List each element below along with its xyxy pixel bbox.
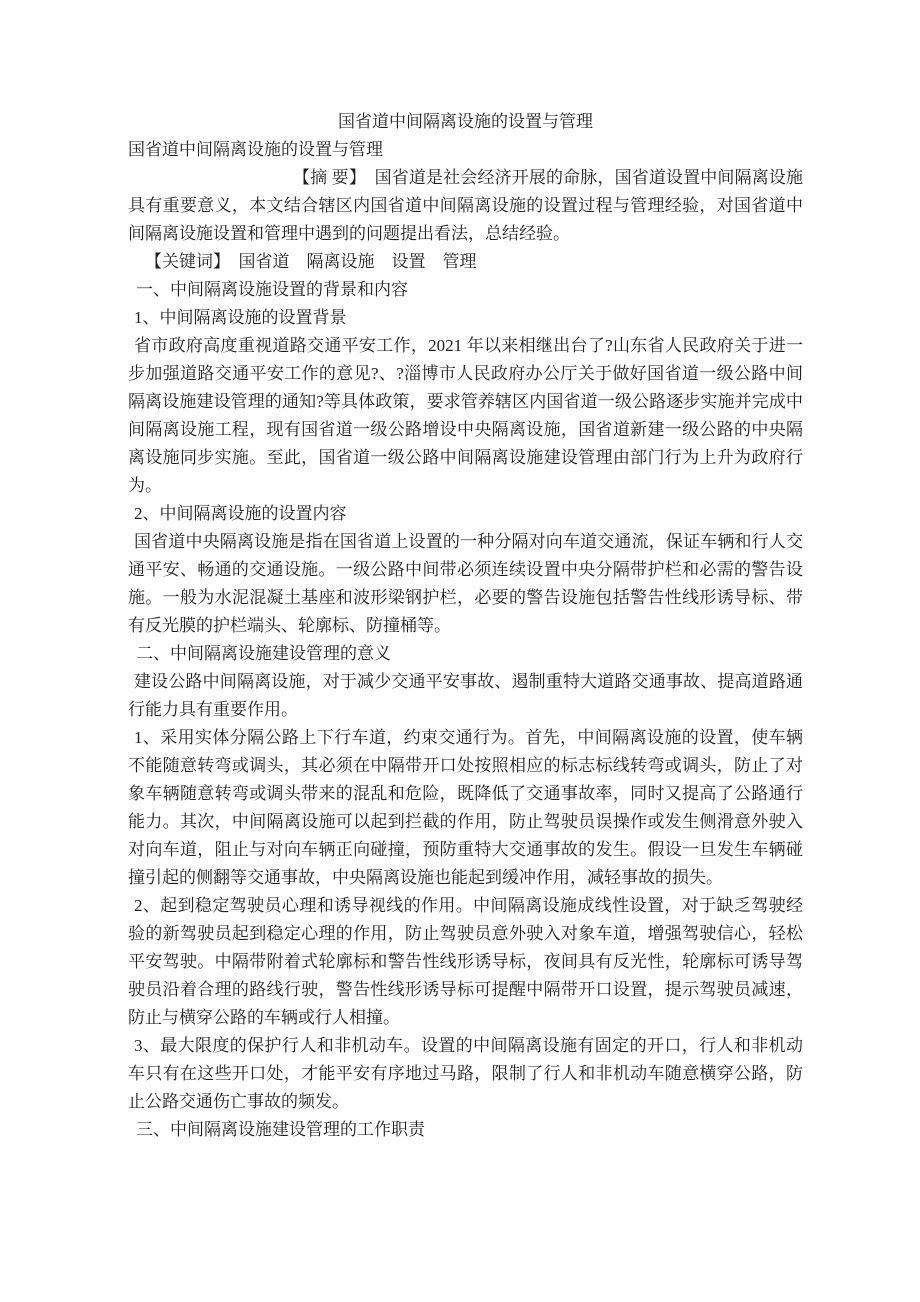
- document-page: 国省道中间隔离设施的设置与管理 国省道中间隔离设施的设置与管理 【摘 要】 国省…: [0, 0, 920, 1302]
- section-1-heading: 一、中间隔离设施设置的背景和内容: [128, 276, 803, 304]
- section-2-paragraph-3: 2、起到稳定驾驶员心理和诱导视线的作用。中间隔离设施成线性设置，对于缺乏驾驶经验…: [128, 892, 803, 1032]
- section-2-paragraph-1: 建设公路中间隔离设施，对于减少交通平安事故、遏制重特大道路交通事故、提高道路通行…: [128, 668, 803, 724]
- document-subtitle: 国省道中间隔离设施的设置与管理: [128, 136, 803, 164]
- section-2-heading: 二、中间隔离设施建设管理的意义: [128, 640, 803, 668]
- abstract-paragraph: 【摘 要】 国省道是社会经济开展的命脉，国省道设置中间隔离设施具有重要意义，本文…: [128, 164, 803, 248]
- document-title: 国省道中间隔离设施的设置与管理: [128, 108, 803, 136]
- section-1-subsection-1-heading: 1、中间隔离设施的设置背景: [128, 304, 803, 332]
- section-2-paragraph-2: 1、采用实体分隔公路上下行车道，约束交通行为。首先，中间隔离设施的设置，使车辆不…: [128, 724, 803, 892]
- keywords-line: 【关键词】 国省道 隔离设施 设置 管理: [128, 248, 803, 276]
- section-1-subsection-1-paragraph: 省市政府高度重视道路交通平安工作，2021 年以来相继出台了?山东省人民政府关于…: [128, 332, 803, 500]
- section-2-paragraph-4: 3、最大限度的保护行人和非机动车。设置的中间隔离设施有固定的开口，行人和非机动车…: [128, 1032, 803, 1116]
- section-1-subsection-2-heading: 2、中间隔离设施的设置内容: [128, 500, 803, 528]
- section-3-heading: 三、中间隔离设施建设管理的工作职责: [128, 1116, 803, 1144]
- section-1-subsection-2-paragraph: 国省道中央隔离设施是指在国省道上设置的一种分隔对向车道交通流，保证车辆和行人交通…: [128, 528, 803, 640]
